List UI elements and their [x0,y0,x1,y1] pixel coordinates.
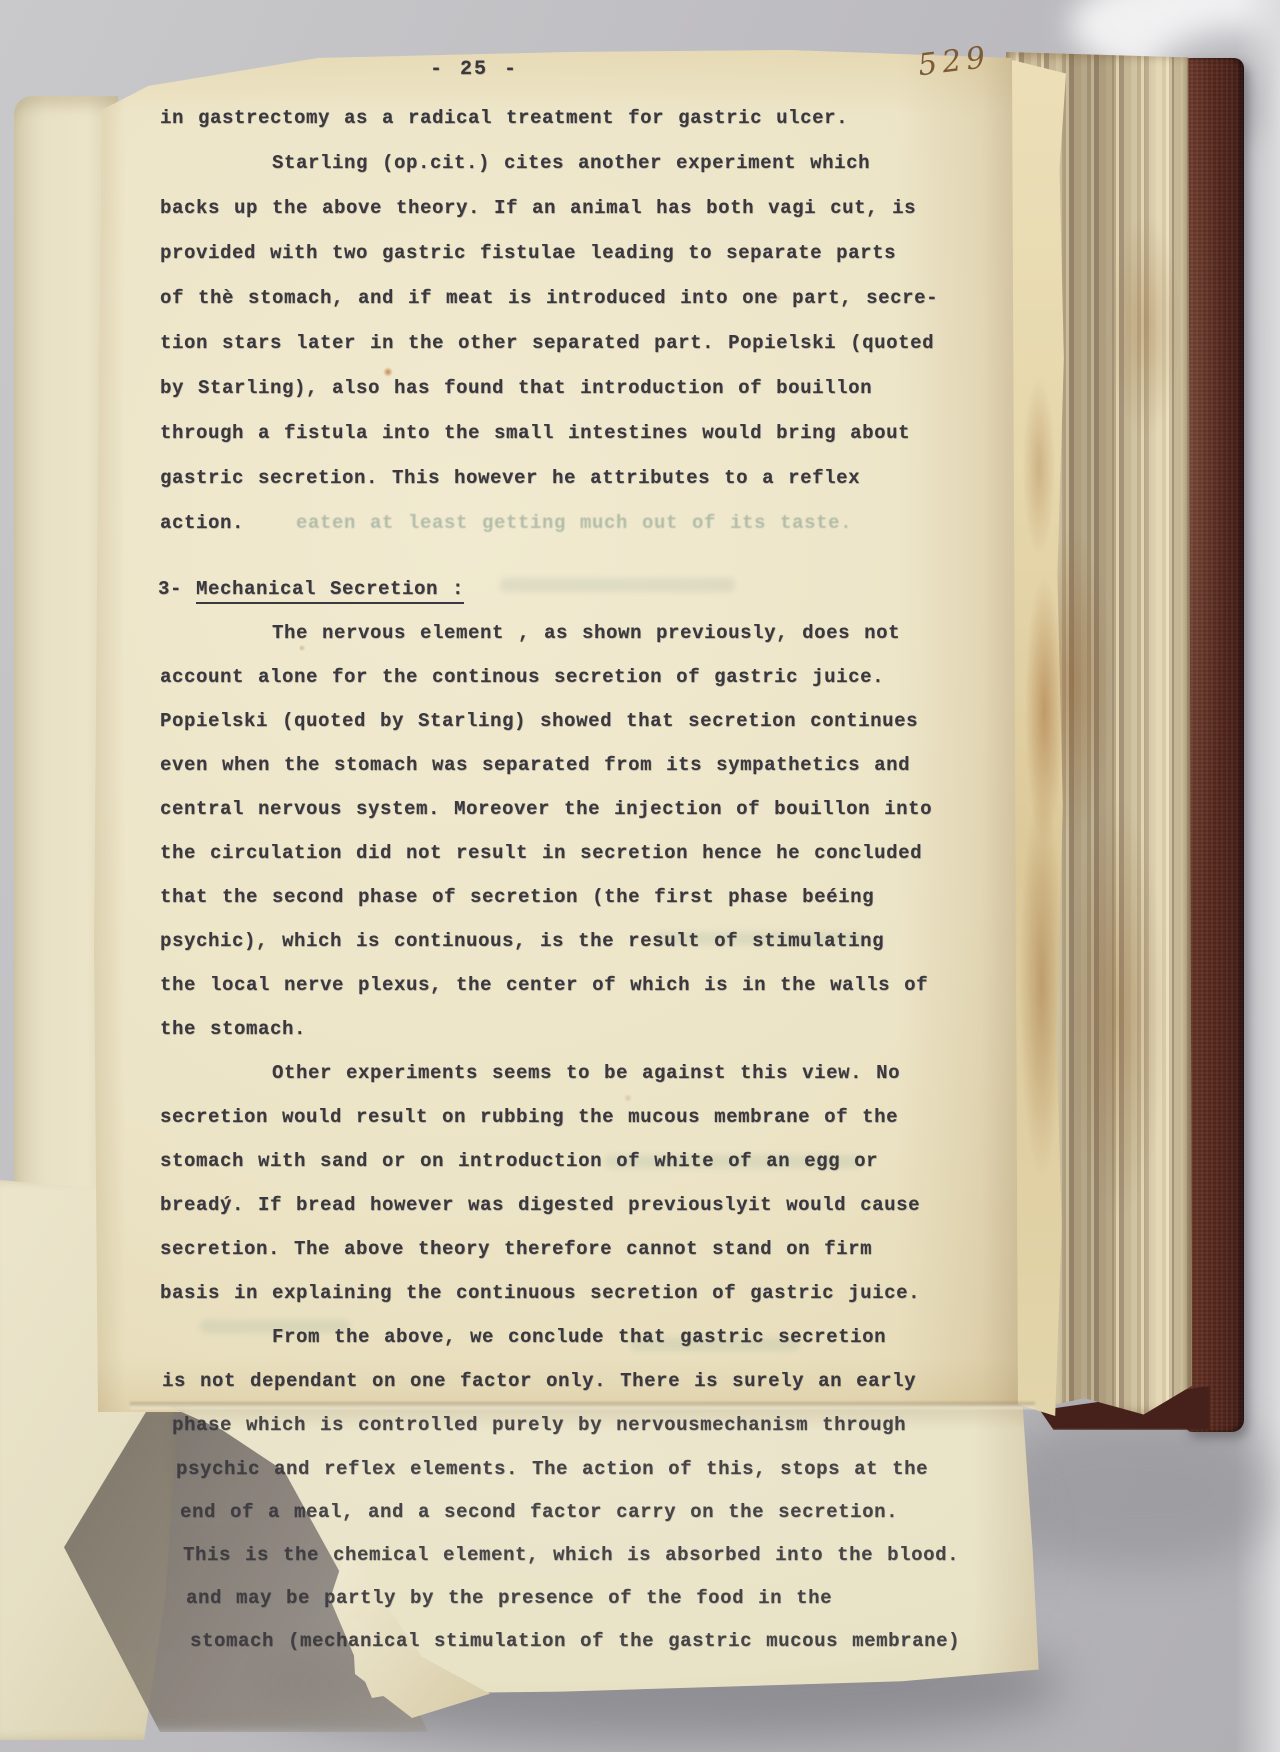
fold-crease [130,1402,1035,1409]
typewritten-line: The nervous element , as shown previousl… [272,622,900,644]
typewritten-line: of thè stomach, and if meat is introduce… [160,287,938,309]
typewritten-line: by Starling), also has found that introd… [160,377,872,399]
typewritten-line: Popielski (quoted by Starling) showed th… [160,710,918,732]
typewritten-line: From the above, we conclude that gastric… [272,1326,886,1348]
typewritten-line: tion stars later in the other separated … [160,332,934,354]
typewritten-line: stomach (mechanical stimulation of the g… [190,1630,960,1652]
typewritten-line: is not dependant on one factor only. The… [162,1370,916,1392]
typewritten-line: through a fistula into the small intesti… [160,422,910,444]
typewritten-line: secretion. The above theory therefore ca… [160,1238,872,1260]
typewritten-line: the circulation did not result in secret… [160,842,922,864]
typewritten-line: basis in explaining the continuous secre… [160,1282,920,1304]
typewritten-line: action. [160,512,244,534]
typewritten-line: the local nerve plexus, the center of wh… [160,974,928,996]
typewritten-line: Other experiments seems to be against th… [272,1062,900,1084]
typewritten-line: account alone for the continous secretio… [160,666,884,688]
book-cover-board [1186,58,1244,1432]
section-heading-number: 3- [158,578,196,600]
typewritten-line: even when the stomach was separated from… [160,754,910,776]
typewritten-line: central nervous system. Moreover the inj… [160,798,932,820]
typewritten-line: in gastrectomy as a radical treatment fo… [160,107,848,129]
torn-stained-page-strip [1012,60,1066,1416]
typewritten-line: phase which is controlled purely by nerv… [172,1414,906,1436]
typewritten-line: end of a meal, and a second factor carry… [180,1501,898,1523]
typewritten-line: the stomach. [160,1018,306,1040]
section-heading: 3- Mechanical Secretion : [158,578,464,600]
ghost-text-smudge [500,578,735,592]
typewritten-line: backs up the above theory. If an animal … [160,197,916,219]
section-heading-title: Mechanical Secretion : [196,578,464,604]
ghost-text: eaten at least getting much out of its t… [296,512,852,534]
book-bottom-shadow [1000,1418,1270,1568]
page-number: - 25 - [430,58,518,81]
typewritten-line: gastric secretion. This however he attri… [160,467,860,489]
typewritten-line: that the second phase of secretion (the … [160,886,874,908]
typewritten-line: Starling (op.cit.) cites another experim… [272,152,870,174]
typewritten-line: psychic and reflex elements. The action … [176,1458,928,1480]
typewritten-line: breadý. If bread however was digested pr… [160,1194,920,1216]
typewritten-line: This is the chemical element, which is a… [183,1544,959,1566]
photographed-book-page: - 25 - 529 eaten at least getting much o… [0,0,1280,1752]
typewritten-line: provided with two gastric fistulae leadi… [160,242,896,264]
typewritten-line: psychic), which is continuous, is the re… [160,930,884,952]
typewritten-line: and may be partly by the presence of the… [186,1587,832,1609]
typewritten-line: secretion would result on rubbing the mu… [160,1106,898,1128]
typewritten-line: stomach with sand or on introduction of … [160,1150,878,1172]
